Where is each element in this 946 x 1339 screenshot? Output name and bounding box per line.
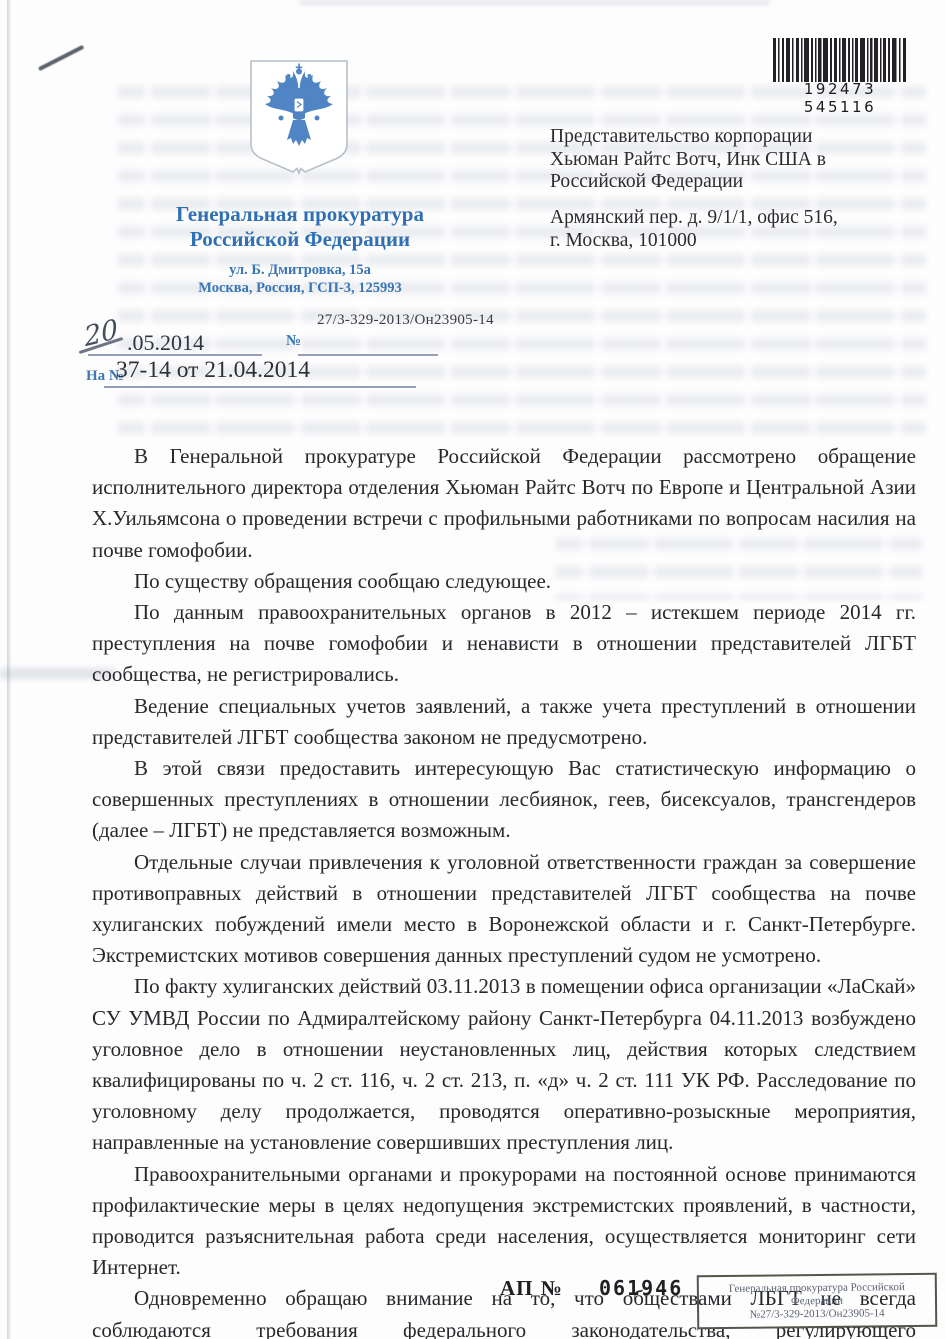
paragraph: В этой связи предоставить интересующую В… — [92, 753, 916, 847]
coat-of-arms-icon — [243, 56, 355, 188]
recipient-line2: Хьюман Райтс Вотч, Инк США в — [550, 149, 935, 172]
barcode-bars — [773, 38, 907, 82]
reply-underline — [104, 386, 416, 388]
scanned-letter-page: Генеральная прокуратура Российской Федер… — [0, 0, 946, 1339]
pen-stroke-mark — [38, 45, 84, 71]
registry-stamp: Генеральная прокуратура Российской Федер… — [697, 1273, 938, 1330]
reply-reference-value: 37-14 от 21.04.2014 — [116, 357, 310, 384]
letter-body: В Генеральной прокуратуре Российской Фед… — [92, 441, 916, 1339]
form-series-label: АП № — [500, 1276, 563, 1301]
recipient-address-line1: Армянский пер. д. 9/1/1, офис 516, — [550, 206, 935, 229]
letterhead-org-name: Генеральная прокуратура Российской Федер… — [88, 202, 512, 252]
recipient-address: Армянский пер. д. 9/1/1, офис 516, г. Мо… — [550, 206, 935, 252]
letterhead-address: ул. Б. Дмитровка, 15а Москва, Россия, ГС… — [88, 262, 512, 297]
paragraph: Ведение специальных учетов заявлений, а … — [92, 691, 916, 753]
paragraph: Правоохранительными органами и прокурора… — [92, 1159, 916, 1284]
recipient-line3: Российской Федерации — [550, 171, 935, 194]
paragraph: По данным правоохранительных органов в 2… — [92, 597, 916, 691]
scan-smudge-top — [300, 0, 770, 5]
form-serial-number: 061946 — [599, 1276, 683, 1300]
number-sign-label: № — [286, 333, 301, 350]
date-underline — [88, 354, 262, 356]
paragraph: По существу обращения сообщаю следующее. — [92, 566, 916, 597]
date-suffix: .05.2014 — [127, 330, 204, 356]
letterhead-org-line2: Российской Федерации — [88, 227, 512, 252]
letterhead-address-line2: Москва, Россия, ГСП-3, 125993 — [88, 280, 512, 298]
letterhead-address-line1: ул. Б. Дмитровка, 15а — [88, 262, 512, 280]
recipient-address-line2: г. Москва, 101000 — [550, 229, 935, 252]
outgoing-reference-number: 27/3-329-2013/Он23905-14 — [317, 312, 494, 329]
paragraph: Отдельные случаи привлечения к уголовной… — [92, 847, 916, 972]
recipient-line1: Представительство корпорации — [550, 126, 935, 149]
paragraph: По факту хулиганских действий 03.11.2013… — [92, 971, 916, 1158]
letterhead-org-line1: Генеральная прокуратура — [88, 202, 512, 227]
barcode: 192473 545116 — [773, 38, 907, 116]
barcode-digits: 192473 545116 — [773, 80, 907, 116]
recipient-block: Представительство корпорации Хьюман Райт… — [550, 126, 935, 194]
number-underline — [298, 354, 438, 356]
paragraph: В Генеральной прокуратуре Российской Фед… — [92, 441, 916, 566]
stamp-line3: №27/3-329-2013/Он23905-14 — [699, 1306, 935, 1321]
